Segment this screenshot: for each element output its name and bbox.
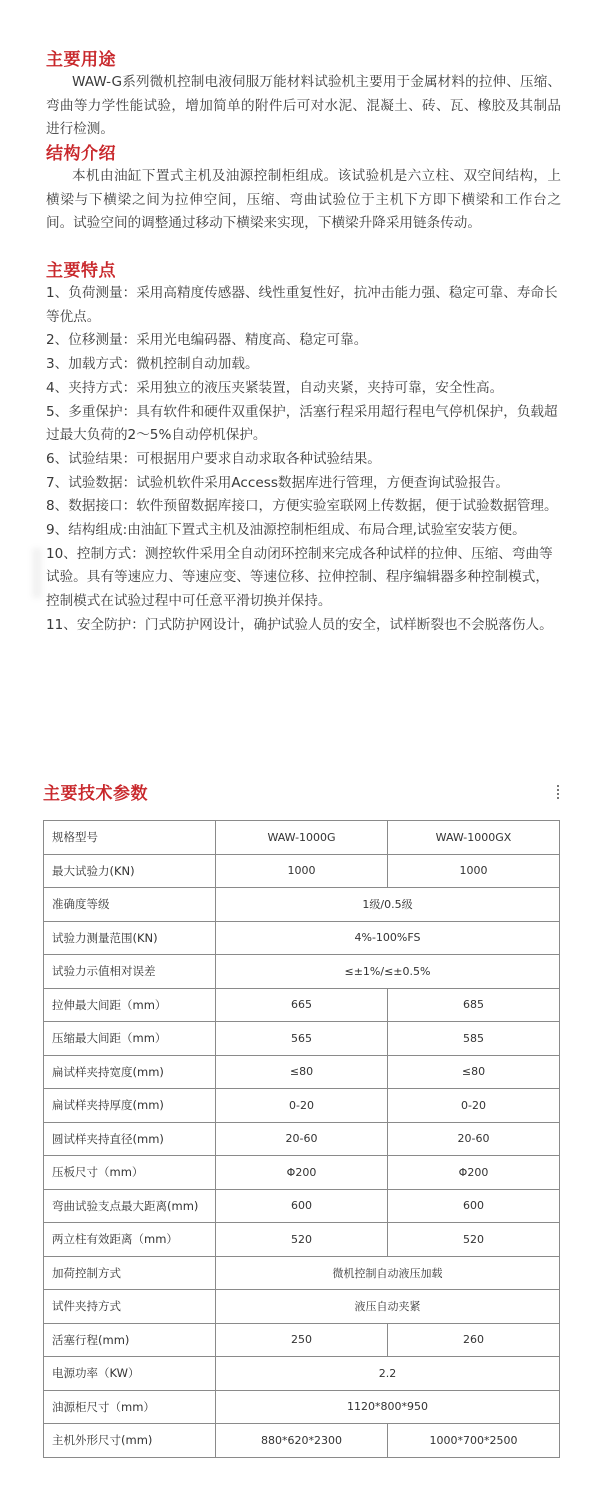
table-row: 扁试样夹持宽度(mm) ≤80 ≤80: [44, 1055, 560, 1089]
table-row: 规格型号 WAW-1000G WAW-1000GX: [44, 821, 560, 855]
param-label: 准确度等级: [44, 888, 216, 922]
param-label: 最大试验力(KN): [44, 854, 216, 888]
param-value: Φ200: [216, 1156, 388, 1190]
param-value: 600: [216, 1189, 388, 1223]
table-row: 扁试样夹持厚度(mm) 0-20 0-20: [44, 1089, 560, 1123]
param-label: 规格型号: [44, 821, 216, 855]
param-value: 665: [216, 988, 388, 1022]
table-row: 油源柜尺寸（mm） 1120*800*950: [44, 1390, 560, 1424]
features-section: 主要特点 1、负荷测量：采用高精度传感器、线性重复性好，抗冲击能力强、稳定可靠、…: [46, 260, 561, 638]
param-value: 685: [388, 988, 560, 1022]
structure-text: 本机由油缸下置式主机及油源控制柜组成。该试验机是六立柱、双空间结构，上横梁与下横…: [46, 165, 561, 236]
feature-item: 2、位移测量：采用光电编码器、精度高、稳定可靠。: [46, 329, 561, 353]
param-value: 1级/0.5级: [216, 888, 560, 922]
param-value: 1120*800*950: [216, 1390, 560, 1424]
param-label: 油源柜尺寸（mm）: [44, 1390, 216, 1424]
param-value: Φ200: [388, 1156, 560, 1190]
param-label: 活塞行程(mm): [44, 1323, 216, 1357]
feature-item: 8、数据接口：软件预留数据库接口，方便实验室联网上传数据，便于试验数据管理。: [46, 495, 561, 519]
params-heading: 主要技术参数: [43, 779, 148, 804]
usage-heading: 主要用途: [46, 49, 561, 71]
param-label: 加荷控制方式: [44, 1256, 216, 1290]
param-value: 260: [388, 1323, 560, 1357]
param-value: 600: [388, 1189, 560, 1223]
param-value: WAW-1000GX: [388, 821, 560, 855]
feature-item: 7、试验数据：试验机软件采用Access数据库进行管理，方便查询试验报告。: [46, 472, 561, 496]
structure-section: 结构介绍 本机由油缸下置式主机及油源控制柜组成。该试验机是六立柱、双空间结构，上…: [46, 143, 561, 236]
feature-item: 5、多重保护：具有软件和硬件双重保护，活塞行程采用超行程电气停机保护，负载超过最…: [46, 401, 561, 448]
feature-item: 11、安全防护：门式防护网设计，确护试验人员的安全，试样断裂也不会脱落伤人。: [46, 614, 561, 638]
table-row: 试验力示值相对误差 ≤±1%/≤±0.5%: [44, 955, 560, 989]
param-label: 拉伸最大间距（mm）: [44, 988, 216, 1022]
feature-item: 4、夹持方式：采用独立的液压夹紧装置，自动夹紧，夹持可靠，安全性高。: [46, 377, 561, 401]
param-value: 250: [216, 1323, 388, 1357]
table-row: 最大试验力(KN) 1000 1000: [44, 854, 560, 888]
param-label: 试验力测量范围(KN): [44, 921, 216, 955]
param-value: 565: [216, 1022, 388, 1056]
features-list: 1、负荷测量：采用高精度传感器、线性重复性好，抗冲击能力强、稳定可靠、寿命长等优…: [46, 282, 561, 638]
param-value: 880*620*2300: [216, 1424, 388, 1458]
param-value: 0-20: [388, 1089, 560, 1123]
feature-item: 3、加载方式：微机控制自动加载。: [46, 353, 561, 377]
param-value: 2.2: [216, 1357, 560, 1391]
feature-item: 1、负荷测量：采用高精度传感器、线性重复性好，抗冲击能力强、稳定可靠、寿命长等优…: [46, 282, 561, 329]
table-row: 弯曲试验支点最大距离(mm) 600 600: [44, 1189, 560, 1223]
param-label: 压板尺寸（mm）: [44, 1156, 216, 1190]
param-value: 20-60: [388, 1122, 560, 1156]
feature-item: 9、结构组成:由油缸下置式主机及油源控制柜组成、布局合理,试验室安装方便。: [46, 519, 561, 543]
param-value: 微机控制自动液压加载: [216, 1256, 560, 1290]
feature-item: 10、控制方式：测控软件采用全自动闭环控制来完成各种试样的拉伸、压缩、弯曲等试验…: [46, 543, 561, 614]
param-label: 主机外形尺寸(mm): [44, 1424, 216, 1458]
table-row: 试验力测量范围(KN) 4%-100%FS: [44, 921, 560, 955]
param-label: 扁试样夹持厚度(mm): [44, 1089, 216, 1123]
table-row: 压板尺寸（mm） Φ200 Φ200: [44, 1156, 560, 1190]
edge-shadow: [30, 548, 44, 598]
param-value: WAW-1000G: [216, 821, 388, 855]
param-value: 520: [388, 1223, 560, 1257]
param-value: 520: [216, 1223, 388, 1257]
param-label: 压缩最大间距（mm）: [44, 1022, 216, 1056]
usage-section: 主要用途 WAW-G系列微机控制电液伺服万能材料试验机主要用于金属材料的拉伸、压…: [46, 49, 561, 142]
table-row: 两立柱有效距离（mm） 520 520: [44, 1223, 560, 1257]
param-value: ≤80: [388, 1055, 560, 1089]
param-label: 扁试样夹持宽度(mm): [44, 1055, 216, 1089]
param-value: ≤±1%/≤±0.5%: [216, 955, 560, 989]
param-value: 4%-100%FS: [216, 921, 560, 955]
table-row: 电源功率（KW） 2.2: [44, 1357, 560, 1391]
more-options-icon: [557, 785, 559, 799]
param-label: 圆试样夹持直径(mm): [44, 1122, 216, 1156]
param-value: 1000*700*2500: [388, 1424, 560, 1458]
param-value: 585: [388, 1022, 560, 1056]
param-value: 20-60: [216, 1122, 388, 1156]
table-row: 拉伸最大间距（mm） 665 685: [44, 988, 560, 1022]
param-value: 1000: [216, 854, 388, 888]
params-table: 规格型号 WAW-1000G WAW-1000GX 最大试验力(KN) 1000…: [43, 820, 560, 1458]
table-row: 试件夹持方式 液压自动夹紧: [44, 1290, 560, 1324]
param-value: 0-20: [216, 1089, 388, 1123]
param-label: 试件夹持方式: [44, 1290, 216, 1324]
table-row: 加荷控制方式 微机控制自动液压加载: [44, 1256, 560, 1290]
param-value: 液压自动夹紧: [216, 1290, 560, 1324]
table-row: 主机外形尺寸(mm) 880*620*2300 1000*700*2500: [44, 1424, 560, 1458]
table-row: 压缩最大间距（mm） 565 585: [44, 1022, 560, 1056]
feature-item: 6、试验结果：可根据用户要求自动求取各种试验结果。: [46, 448, 561, 472]
table-row: 准确度等级 1级/0.5级: [44, 888, 560, 922]
param-label: 试验力示值相对误差: [44, 955, 216, 989]
param-label: 电源功率（KW）: [44, 1357, 216, 1391]
param-value: ≤80: [216, 1055, 388, 1089]
table-row: 活塞行程(mm) 250 260: [44, 1323, 560, 1357]
usage-text: WAW-G系列微机控制电液伺服万能材料试验机主要用于金属材料的拉伸、压缩、弯曲等…: [46, 71, 561, 142]
param-label: 两立柱有效距离（mm）: [44, 1223, 216, 1257]
features-heading: 主要特点: [46, 260, 561, 282]
table-row: 圆试样夹持直径(mm) 20-60 20-60: [44, 1122, 560, 1156]
structure-heading: 结构介绍: [46, 143, 561, 165]
param-value: 1000: [388, 854, 560, 888]
param-label: 弯曲试验支点最大距离(mm): [44, 1189, 216, 1223]
